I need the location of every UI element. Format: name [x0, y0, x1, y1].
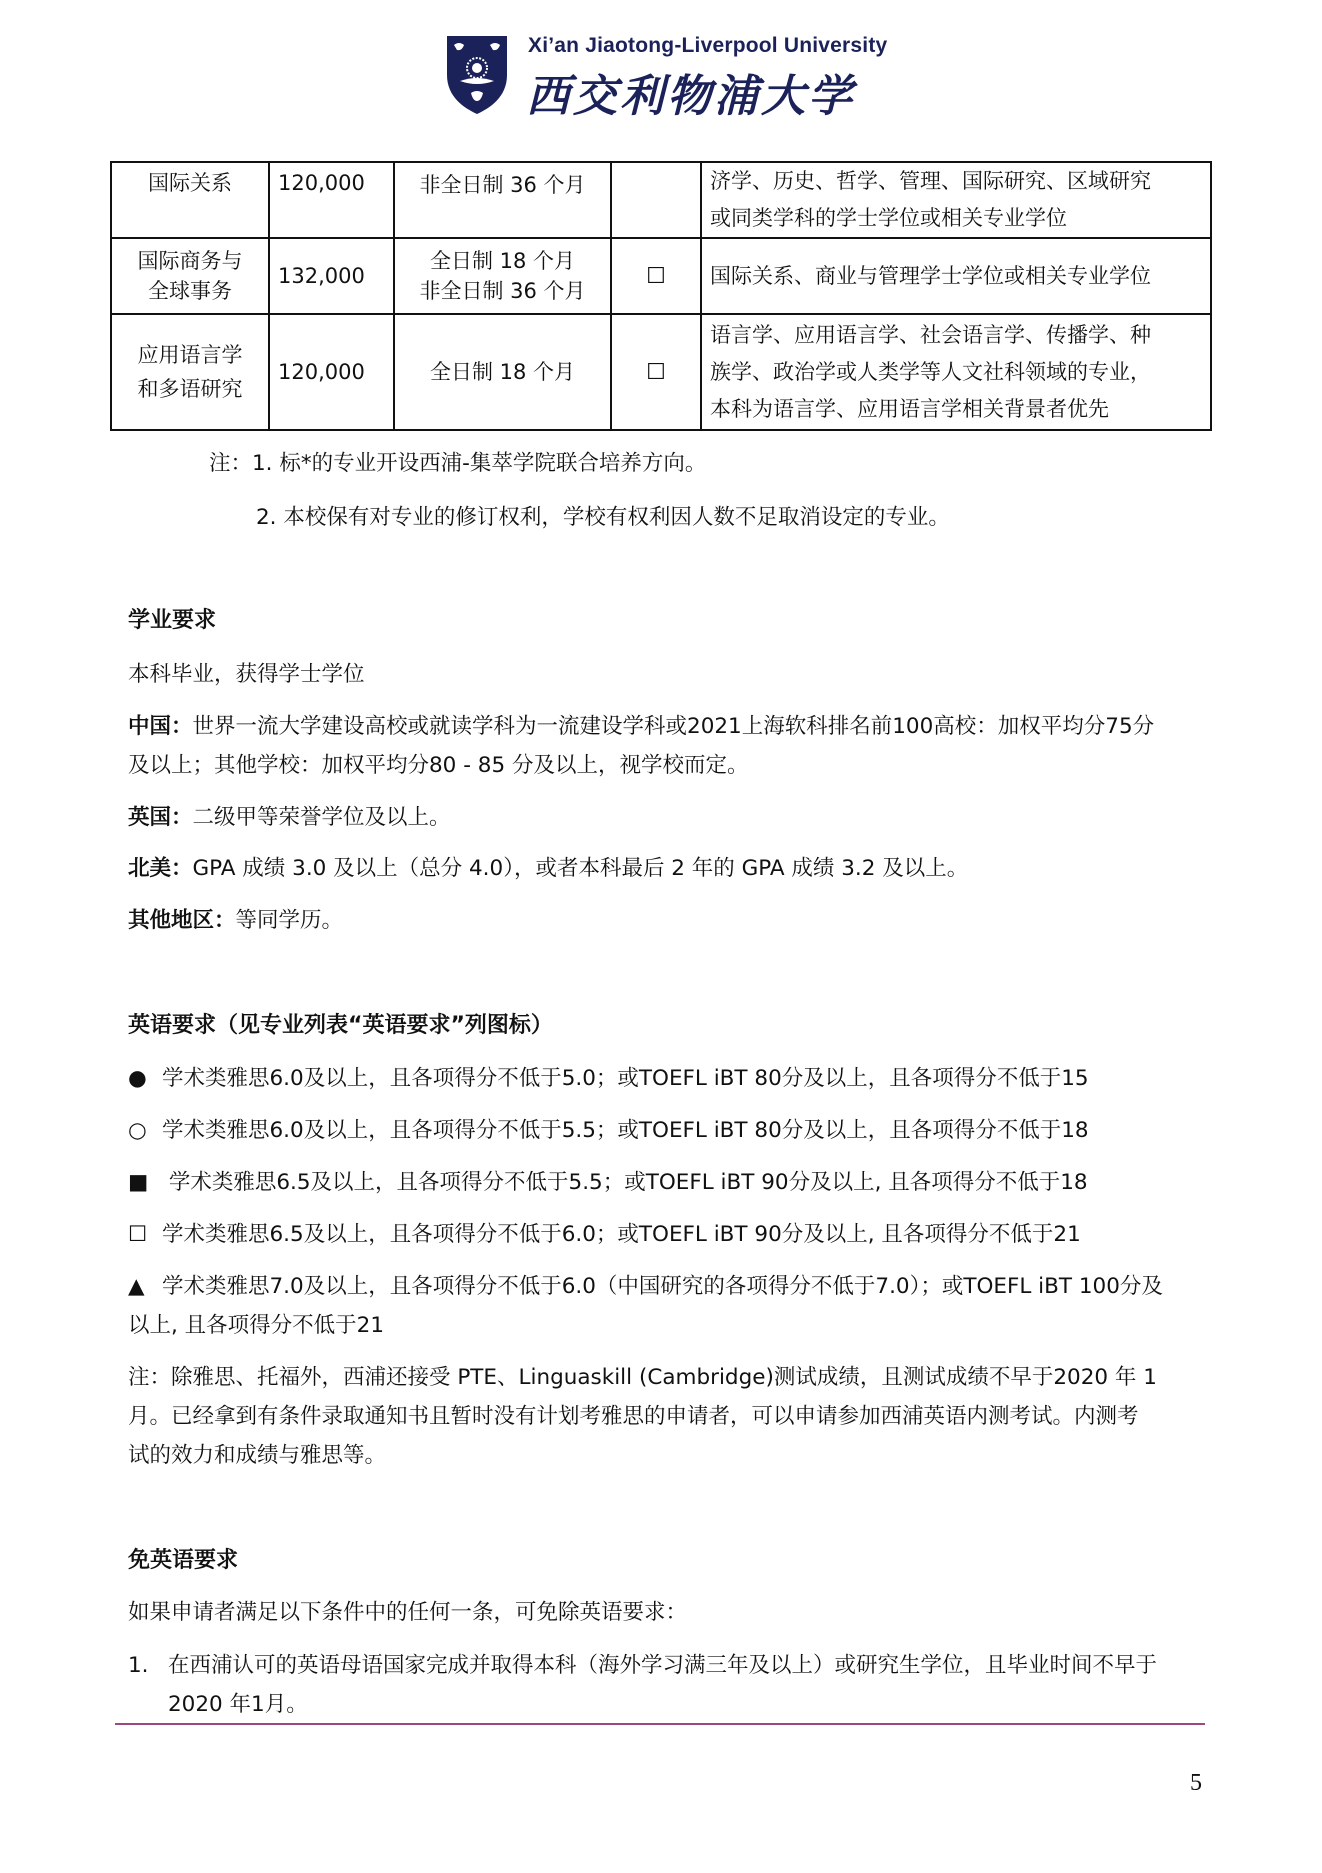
academic-item-uk: 英国：二级甲等荣誉学位及以上。: [128, 798, 451, 837]
exemption-item-cont: 2020 年1月。: [168, 1685, 308, 1724]
footer-divider: [115, 1723, 1205, 1725]
english-item: ●学术类雅思6.0及以上，且各项得分不低于5.0；或TOEFL iBT 80分及…: [128, 1059, 1089, 1098]
university-crest-icon: [446, 35, 508, 115]
english-requirement-symbol: ☐: [611, 238, 701, 314]
english-item: ▲学术类雅思7.0及以上，且各项得分不低于6.0（中国研究的各项得分不低于7.0…: [128, 1267, 1163, 1306]
tuition: 132,000: [269, 238, 394, 314]
hollow-square-icon: ☐: [128, 1215, 162, 1254]
region-label: 英国：: [128, 805, 193, 830]
duration: 全日制 18 个月 非全日制 36 个月: [394, 238, 611, 314]
english-note-cont: 试的效力和成绩与雅思等。: [128, 1436, 386, 1475]
filled-square-icon: ■: [128, 1163, 162, 1202]
academic-item-other: 其他地区：等同学历。: [128, 901, 343, 940]
english-item: ○学术类雅思6.0及以上，且各项得分不低于5.5；或TOEFL iBT 80分及…: [128, 1111, 1089, 1150]
list-number: 1.: [128, 1646, 168, 1685]
filled-triangle-icon: ▲: [128, 1267, 162, 1306]
duration: 非全日制 36 个月: [394, 162, 611, 238]
university-name-english: Xi’an Jiaotong-Liverpool University: [528, 34, 887, 58]
english-note-cont: 月。已经拿到有条件录取通知书且暂时没有计划考雅思的申请者，可以申请参加西浦英语内…: [128, 1397, 1139, 1436]
table-row: 应用语言学 和多语研究 120,000 全日制 18 个月 ☐ 语言学、应用语言…: [111, 314, 1211, 430]
duration: 全日制 18 个月: [394, 314, 611, 430]
filled-circle-icon: ●: [128, 1059, 162, 1098]
english-item: ■ 学术类雅思6.5及以上，且各项得分不低于5.5；或TOEFL iBT 90分…: [128, 1163, 1088, 1202]
academic-heading: 学业要求: [128, 601, 216, 640]
hollow-square-icon: ☐: [646, 264, 666, 289]
note-2: 2. 本校保有对专业的修订权利，学校有权利因人数不足取消设定的专业。: [256, 498, 950, 537]
tuition: 120,000: [269, 314, 394, 430]
program-name: 应用语言学 和多语研究: [111, 314, 269, 430]
hollow-square-icon: ☐: [646, 360, 666, 385]
academic-item-north-america: 北美：GPA 成绩 3.0 及以上（总分 4.0），或者本科最后 2 年的 GP…: [128, 849, 968, 888]
university-name-chinese: 西交利物浦大学: [526, 60, 855, 124]
exemption-heading: 免英语要求: [128, 1541, 238, 1580]
program-name: 国际关系: [111, 162, 269, 238]
background-requirement: 国际关系、商业与管理学士学位或相关专业学位: [701, 238, 1211, 314]
programs-table: 国际关系 120,000 非全日制 36 个月 济学、历史、哲学、管理、国际研究…: [110, 161, 1212, 431]
tuition: 120,000: [269, 162, 394, 238]
background-requirement: 济学、历史、哲学、管理、国际研究、区域研究 或同类学科的学士学位或相关专业学位: [701, 162, 1211, 238]
english-item-cont: 以上, 且各项得分不低于21: [128, 1306, 384, 1345]
note-1: 注：1. 标*的专业开设西浦-集萃学院联合培养方向。: [209, 444, 706, 483]
exemption-item: 1.在西浦认可的英语母语国家完成并取得本科（海外学习满三年及以上）或研究生学位，…: [128, 1646, 1157, 1685]
english-item: ☐学术类雅思6.5及以上，且各项得分不低于6.0；或TOEFL iBT 90分及…: [128, 1215, 1081, 1254]
academic-item-china-cont: 及以上；其他学校：加权平均分80 - 85 分及以上，视学校而定。: [128, 746, 748, 785]
english-note: 注：除雅思、托福外，西浦还接受 PTE、Linguaskill (Cambrid…: [128, 1358, 1157, 1397]
table-row: 国际关系 120,000 非全日制 36 个月 济学、历史、哲学、管理、国际研究…: [111, 162, 1211, 238]
english-heading: 英语要求（见专业列表“英语要求”列图标）: [128, 1006, 553, 1045]
academic-item-china: 中国：世界一流大学建设高校或就读学科为一流建设学科或2021上海软科排名前100…: [128, 707, 1154, 746]
english-requirement-symbol: ☐: [611, 314, 701, 430]
page-number: 5: [1190, 1770, 1202, 1797]
region-label: 其他地区：: [128, 908, 236, 933]
academic-intro: 本科毕业，获得学士学位: [128, 655, 365, 694]
region-label: 中国：: [128, 714, 193, 739]
background-requirement: 语言学、应用语言学、社会语言学、传播学、种 族学、政治学或人类学等人文社科领域的…: [701, 314, 1211, 430]
region-label: 北美：: [128, 856, 193, 881]
hollow-circle-icon: ○: [128, 1111, 162, 1150]
exemption-intro: 如果申请者满足以下条件中的任何一条，可免除英语要求：: [128, 1593, 687, 1632]
english-requirement-symbol: [611, 162, 701, 238]
table-row: 国际商务与 全球事务 132,000 全日制 18 个月 非全日制 36 个月 …: [111, 238, 1211, 314]
program-name: 国际商务与 全球事务: [111, 238, 269, 314]
